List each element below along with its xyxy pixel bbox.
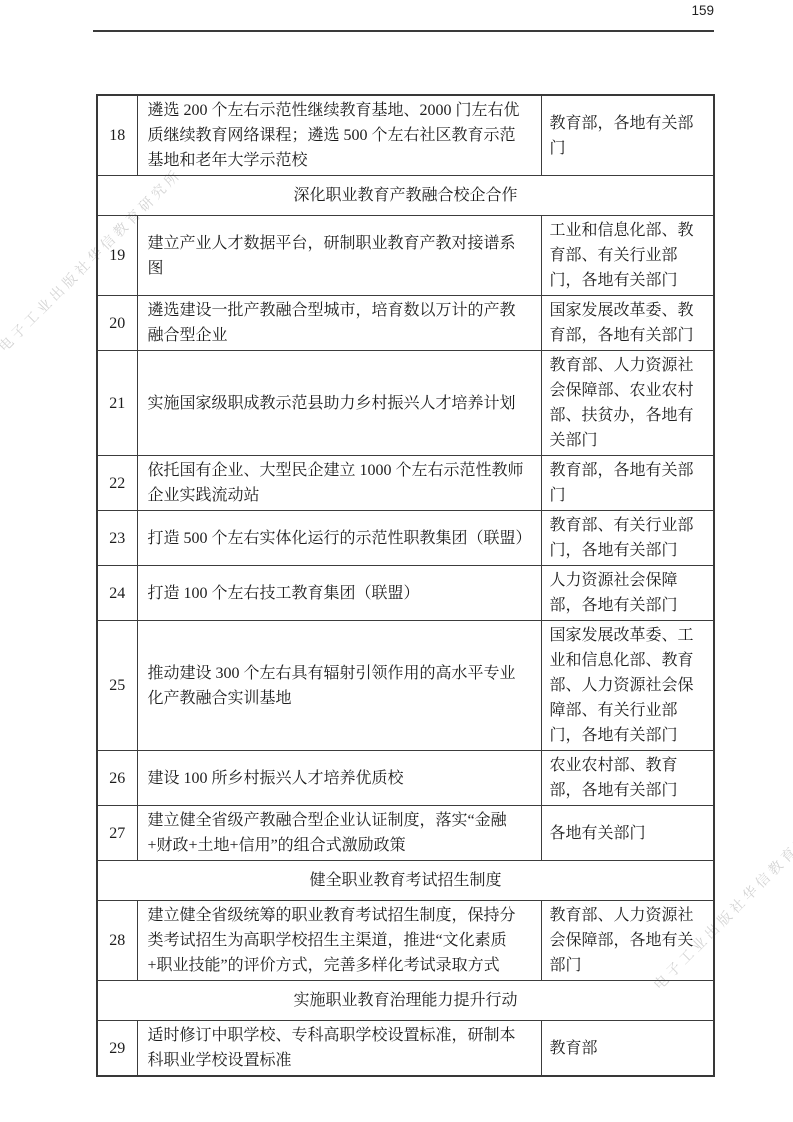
action-plan-table-container: 18 遴选 200 个左右示范性继续教育基地、2000 门左右优质继续教育网络课… xyxy=(96,94,715,1077)
table-row: 28 建立健全省级统筹的职业教育考试招生制度，保持分类考试招生为高职学校招生主渠… xyxy=(97,901,714,981)
row-number-cell: 21 xyxy=(97,351,137,456)
row-number-cell: 19 xyxy=(97,216,137,296)
row-number-cell: 27 xyxy=(97,806,137,861)
row-number-cell: 22 xyxy=(97,456,137,511)
table-row: 27 建立健全省级产教融合型企业认证制度，落实“金融+财政+土地+信用”的组合式… xyxy=(97,806,714,861)
section-header-row: 健全职业教育考试招生制度 xyxy=(97,861,714,901)
task-text-cell: 建立健全省级统筹的职业教育考试招生制度，保持分类考试招生为高职学校招生主渠道，推… xyxy=(137,901,541,981)
section-title-cell: 实施职业教育治理能力提升行动 xyxy=(97,981,714,1021)
task-text-cell: 遴选建设一批产教融合型城市，培育数以万计的产教融合型企业 xyxy=(137,296,541,351)
table-row: 22 依托国有企业、大型民企建立 1000 个左右示范性教师企业实践流动站 教育… xyxy=(97,456,714,511)
row-number-cell: 26 xyxy=(97,751,137,806)
row-number-cell: 28 xyxy=(97,901,137,981)
table-row: 21 实施国家级职成教示范县助力乡村振兴人才培养计划 教育部、人力资源社会保障部… xyxy=(97,351,714,456)
department-cell: 国家发展改革委、教育部，各地有关部门 xyxy=(541,296,714,351)
table-row: 25 推动建设 300 个左右具有辐射引领作用的高水平专业化产教融合实训基地 国… xyxy=(97,621,714,751)
task-text-cell: 打造 500 个左右实体化运行的示范性职教集团（联盟） xyxy=(137,511,541,566)
page-number: 159 xyxy=(691,3,714,18)
row-number-cell: 18 xyxy=(97,95,137,176)
table-row: 24 打造 100 个左右技工教育集团（联盟） 人力资源社会保障部，各地有关部门 xyxy=(97,566,714,621)
row-number-cell: 29 xyxy=(97,1021,137,1077)
table-row: 18 遴选 200 个左右示范性继续教育基地、2000 门左右优质继续教育网络课… xyxy=(97,95,714,176)
department-cell: 教育部，各地有关部门 xyxy=(541,95,714,176)
row-number-cell: 20 xyxy=(97,296,137,351)
department-cell: 工业和信息化部、教育部、有关行业部门，各地有关部门 xyxy=(541,216,714,296)
table-row: 29 适时修订中职学校、专科高职学校设置标准，研制本科职业学校设置标准 教育部 xyxy=(97,1021,714,1077)
task-text-cell: 依托国有企业、大型民企建立 1000 个左右示范性教师企业实践流动站 xyxy=(137,456,541,511)
row-number-cell: 23 xyxy=(97,511,137,566)
task-text-cell: 遴选 200 个左右示范性继续教育基地、2000 门左右优质继续教育网络课程；遴… xyxy=(137,95,541,176)
row-number-cell: 25 xyxy=(97,621,137,751)
department-cell: 国家发展改革委、工业和信息化部、教育部、人力资源社会保障部、有关行业部门，各地有… xyxy=(541,621,714,751)
section-title-cell: 健全职业教育考试招生制度 xyxy=(97,861,714,901)
table-row: 23 打造 500 个左右实体化运行的示范性职教集团（联盟） 教育部、有关行业部… xyxy=(97,511,714,566)
header-rule-divider xyxy=(93,30,714,32)
department-cell: 各地有关部门 xyxy=(541,806,714,861)
task-text-cell: 推动建设 300 个左右具有辐射引领作用的高水平专业化产教融合实训基地 xyxy=(137,621,541,751)
section-title-cell: 深化职业教育产教融合校企合作 xyxy=(97,176,714,216)
task-text-cell: 打造 100 个左右技工教育集团（联盟） xyxy=(137,566,541,621)
section-header-row: 深化职业教育产教融合校企合作 xyxy=(97,176,714,216)
department-cell: 教育部，各地有关部门 xyxy=(541,456,714,511)
table-row: 19 建立产业人才数据平台，研制职业教育产教对接谱系图 工业和信息化部、教育部、… xyxy=(97,216,714,296)
task-text-cell: 建立产业人才数据平台，研制职业教育产教对接谱系图 xyxy=(137,216,541,296)
section-header-row: 实施职业教育治理能力提升行动 xyxy=(97,981,714,1021)
task-text-cell: 实施国家级职成教示范县助力乡村振兴人才培养计划 xyxy=(137,351,541,456)
department-cell: 教育部、有关行业部门，各地有关部门 xyxy=(541,511,714,566)
table-row: 20 遴选建设一批产教融合型城市，培育数以万计的产教融合型企业 国家发展改革委、… xyxy=(97,296,714,351)
department-cell: 农业农村部、教育部，各地有关部门 xyxy=(541,751,714,806)
action-plan-table: 18 遴选 200 个左右示范性继续教育基地、2000 门左右优质继续教育网络课… xyxy=(96,94,715,1077)
row-number-cell: 24 xyxy=(97,566,137,621)
department-cell: 教育部、人力资源社会保障部、农业农村部、扶贫办，各地有关部门 xyxy=(541,351,714,456)
department-cell: 人力资源社会保障部，各地有关部门 xyxy=(541,566,714,621)
task-text-cell: 建设 100 所乡村振兴人才培养优质校 xyxy=(137,751,541,806)
document-page: { "page": { "number": "159" }, "watermar… xyxy=(0,0,793,1122)
department-cell: 教育部、人力资源社会保障部，各地有关部门 xyxy=(541,901,714,981)
task-text-cell: 适时修订中职学校、专科高职学校设置标准，研制本科职业学校设置标准 xyxy=(137,1021,541,1077)
table-row: 26 建设 100 所乡村振兴人才培养优质校 农业农村部、教育部，各地有关部门 xyxy=(97,751,714,806)
task-table-body: 18 遴选 200 个左右示范性继续教育基地、2000 门左右优质继续教育网络课… xyxy=(97,95,714,1076)
department-cell: 教育部 xyxy=(541,1021,714,1077)
task-text-cell: 建立健全省级产教融合型企业认证制度，落实“金融+财政+土地+信用”的组合式激励政… xyxy=(137,806,541,861)
